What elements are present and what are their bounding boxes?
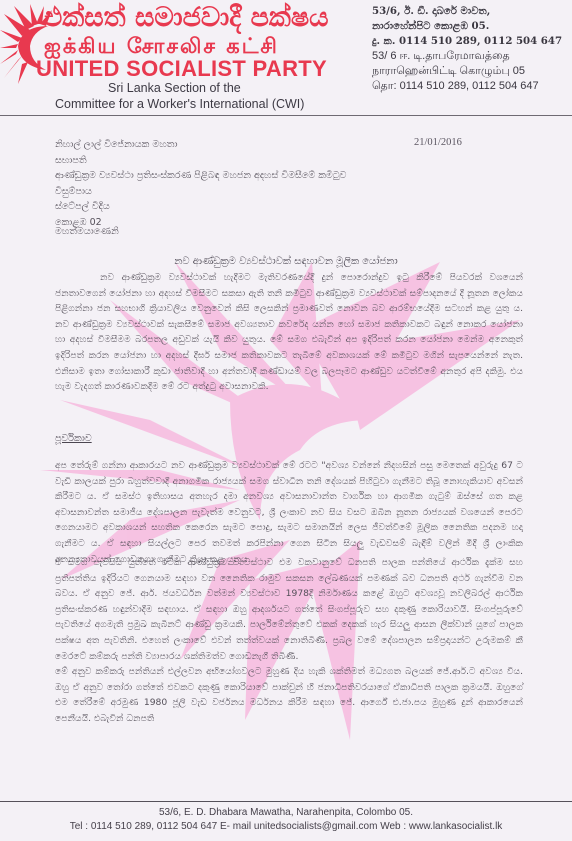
phone-tamil: தொ: 0114 510 289, 0112 504 647 (372, 79, 562, 94)
address-sinhala-line2: නාරාහේන්පිට කොළඹ 05. (372, 19, 562, 34)
addressee-line: නිහාල් ලාල් විජේනායක මහතා (55, 137, 346, 153)
footer-address: 53/6, E. D. Dhabara Mawatha, Narahenpita… (0, 806, 572, 820)
party-name-sinhala: එක්සත් සමාජවාදී පක්ෂය (44, 2, 329, 34)
addressee-block: නිහාල් ලාල් විජේනායක මහතා සභාපති ආණ්ඩුක්… (55, 137, 346, 231)
addressee-line: ආණ්ඩුක්‍රම ව්‍යවස්ථා ප්‍රතිසංස්කරණ පිළිබ… (55, 168, 346, 184)
paragraph-4: මේ අනුව කම්කරු පන්තියන් එල්ලවන අභියෝගවලට… (55, 664, 523, 726)
paragraph-3: ඒ සමග පැවසිය යුත්තේ රටක ආණ්ඩුක්‍රම ව්‍යව… (55, 555, 523, 664)
phone-sinhala: දු. ක. 0114 510 289, 0112 504 647 (372, 34, 562, 49)
paragraph-2: අප තේරුම් ගන්නා ආකාරයට නව ආණ්ඩුක්‍රම ව්‍… (55, 458, 523, 567)
letter-subject: නව ආණ්ඩුක්‍රම ව්‍යවස්ථාවක් සඳහාවන මූලික … (0, 256, 572, 267)
address-tamil-line1: 53/ 6 ஈ. டி.தாபரேமாவத்தை (372, 49, 562, 64)
footer-contact: Tel : 0114 510 289, 0112 504 647 E- mail… (0, 820, 572, 834)
header-divider (0, 115, 572, 116)
party-subtitle-line2: Committee for a Worker's International (… (55, 97, 304, 111)
footer-block: 53/6, E. D. Dhabara Mawatha, Narahenpita… (0, 806, 572, 834)
footer-divider (0, 801, 572, 802)
addressee-line: විසුම්පාය (55, 184, 346, 200)
letter-date: 21/01/2016 (414, 137, 462, 148)
address-sinhala-line1: 53/6, ඊ. ඩී. දාබරේ මාවත, (372, 4, 562, 19)
salutation: මහත්මයාණෙනි (55, 226, 119, 237)
party-name-english: UNITED SOCIALIST PARTY (36, 56, 327, 82)
addressee-line: සභාපති (55, 153, 346, 169)
party-subtitle-line1: Sri Lanka Section of the (108, 81, 241, 95)
section-heading-background: පූර්විකාව (55, 433, 92, 444)
addressee-line: ස්ටේපල් වීදිය (55, 199, 346, 215)
address-tamil-line2: நாராஹென்பிட்டி கொழும்பு 05 (372, 64, 562, 79)
letterhead-address-block: 53/6, ඊ. ඩී. දාබරේ මාවත, නාරාහේන්පිට කොළ… (372, 4, 562, 94)
paragraph-1: නව ආණ්ඩුක්‍රම ව්‍යවස්ථාවක් හැදීමට මැතිවර… (55, 270, 523, 395)
